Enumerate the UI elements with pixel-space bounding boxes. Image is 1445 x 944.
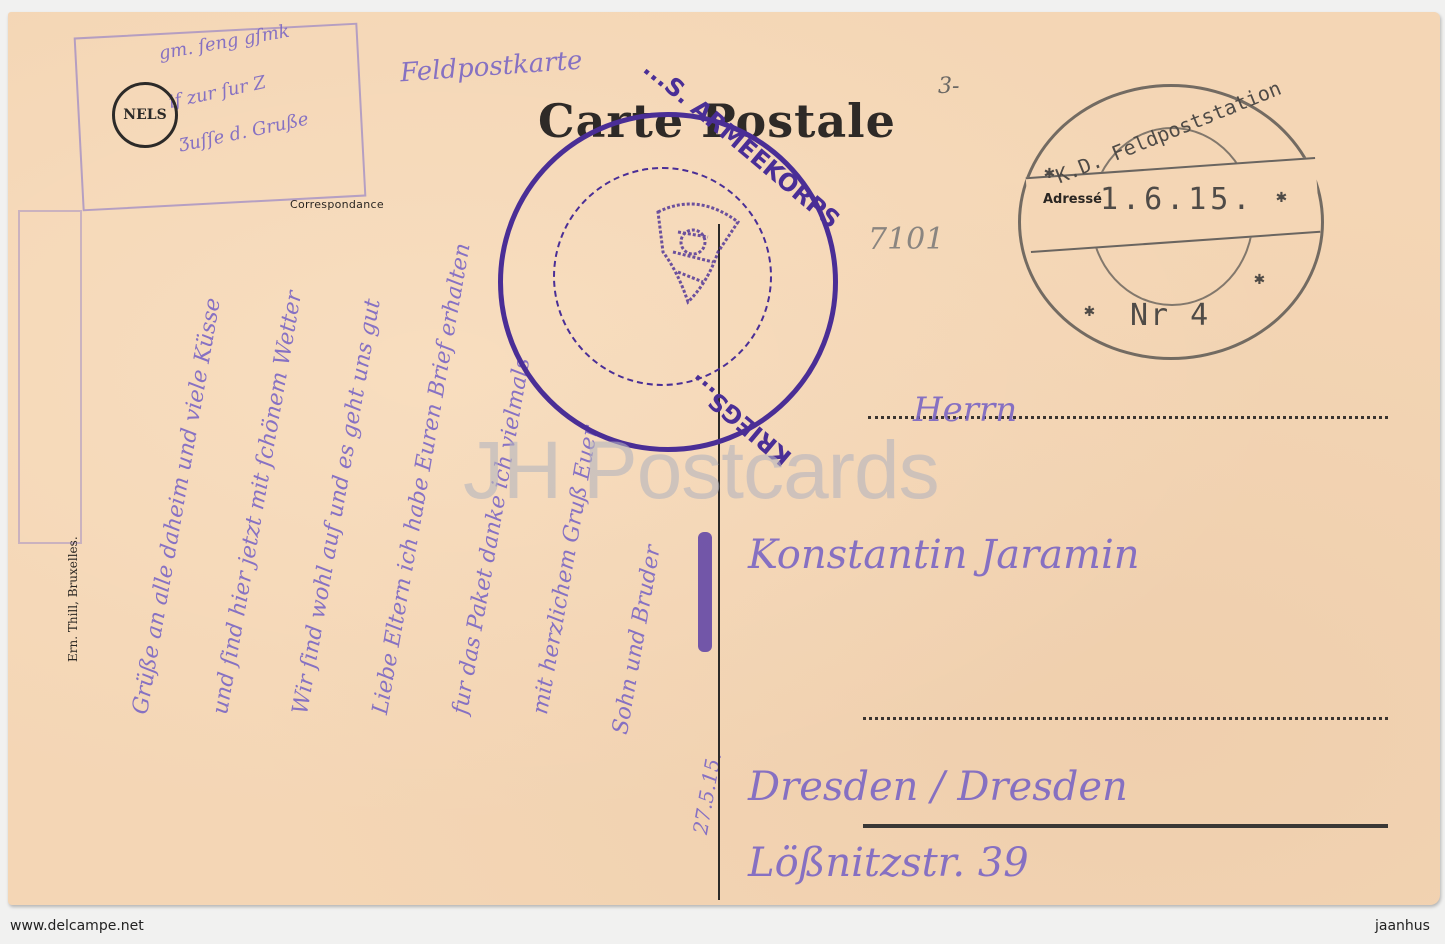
- postmark-number: Nr 4: [1130, 298, 1210, 333]
- eagle-crest-icon: [648, 192, 748, 332]
- handwritten-message-column: Wir ſind wohl auf und es geht uns gut: [288, 297, 386, 716]
- postmark-date: 1.6.15.: [1100, 182, 1254, 217]
- printer-imprint: Ern. Thill, Bruxelles.: [66, 536, 80, 662]
- message-box-outline-side: [18, 210, 82, 544]
- pencil-price: 3-: [938, 74, 959, 99]
- ink-stroke: [698, 532, 712, 652]
- address-street: Lößnitzstr. 39: [748, 840, 1029, 886]
- postmark-star-icon: ✱: [1276, 186, 1287, 207]
- pencil-note: 7101: [868, 222, 944, 257]
- handwritten-header: Feldpostkarte: [399, 46, 583, 89]
- postmark-star-icon: ✱: [1044, 162, 1055, 183]
- address-line-3: [863, 717, 1388, 720]
- publisher-logo: NELS: [112, 82, 178, 148]
- address-line-4: [863, 824, 1388, 828]
- handwritten-date: 27.5.15.: [688, 751, 726, 837]
- address-recipient-name: Konstantin Jaramin: [748, 532, 1140, 578]
- postmark-star-icon: ✱: [1254, 268, 1265, 289]
- postmark-star-icon: ✱: [1084, 300, 1095, 321]
- handwritten-message-column: Sohn und Bruder: [608, 543, 666, 736]
- footer-credit-left[interactable]: www.delcampe.net: [10, 918, 144, 934]
- handwritten-message-column: Grüße an alle daheim und viele Küsse: [128, 296, 226, 716]
- handwritten-message-column: fur das Paket danke ich vielmals: [448, 356, 535, 716]
- watermark: JH Postcards: [463, 424, 939, 518]
- correspondence-label: Correspondance: [290, 198, 384, 211]
- footer-credit-right[interactable]: jaanhus: [1375, 918, 1430, 934]
- postcard: gm. ſeng gſmk if zur ſur Z Ʒuſſe d. Gruß…: [8, 12, 1440, 905]
- address-city: Dresden / Dresden: [748, 764, 1128, 810]
- address-label: Adressé: [1043, 192, 1102, 207]
- handwritten-message-column: und ſind hier jetzt mit ſchönem Wetter: [208, 289, 307, 716]
